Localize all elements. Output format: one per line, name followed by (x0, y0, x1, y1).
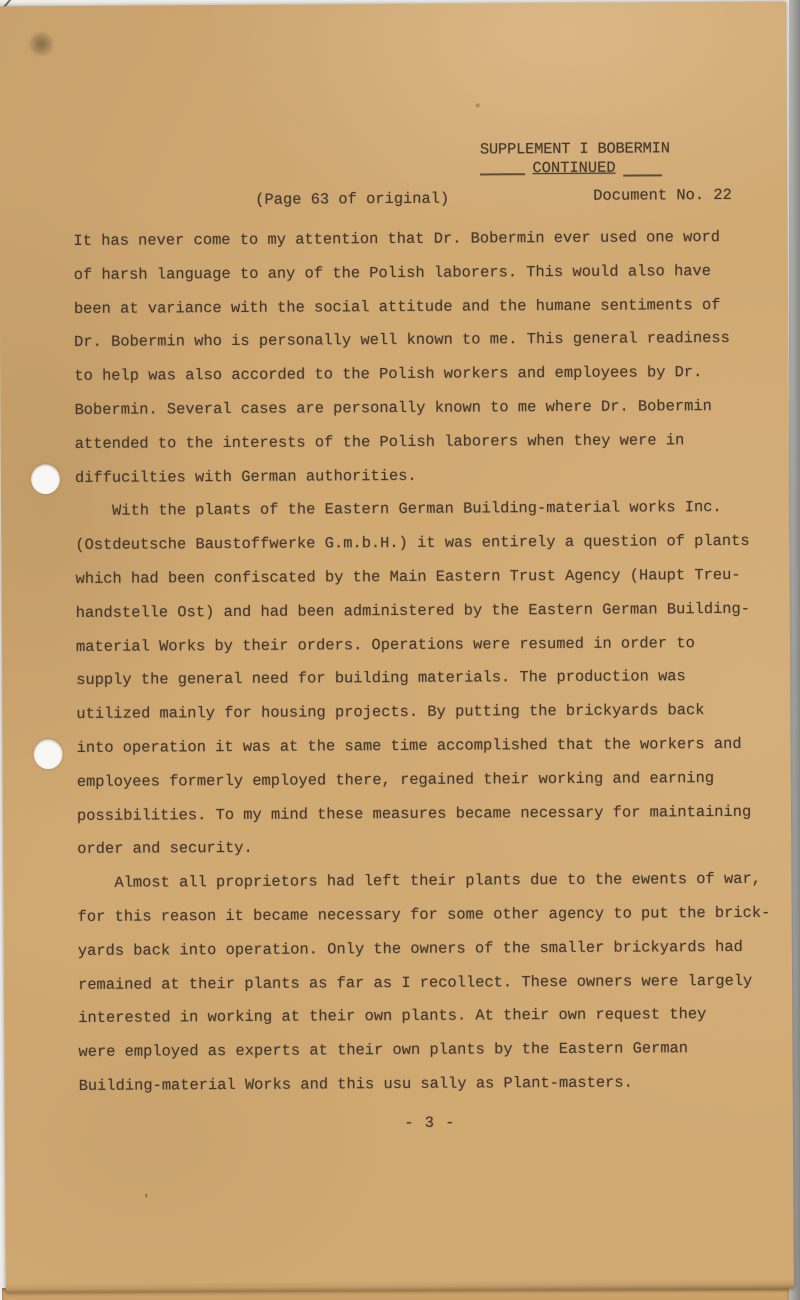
typed-line: were employed as experts at their own pl… (78, 1032, 780, 1070)
typed-line: remained at their plants as far as I rec… (78, 964, 780, 1002)
continued-heading: CONTINUED (525, 159, 622, 178)
paper-speck (476, 103, 480, 107)
typed-line: It has never come to my attention that D… (73, 221, 775, 259)
typed-line: utilized mainly for housing projects. By… (76, 694, 778, 732)
original-page-reference: (Page 63 of original) (255, 190, 449, 209)
typed-line: to help was also accorded to the Polish … (74, 356, 776, 394)
page-number: - 3 - (79, 1104, 781, 1142)
punch-hole-top (31, 464, 60, 494)
underscore-rule (480, 173, 525, 175)
typed-line: order and security. (77, 829, 779, 867)
typed-line: (Ostdeutsche Baustoffwerke G.m.b.H.) it … (75, 525, 777, 563)
typed-line: possibilities. To my mind these measures… (77, 795, 779, 833)
continued-heading-row: CONTINUED (480, 158, 662, 177)
typed-line: into operation it was at the same time a… (77, 728, 779, 766)
typed-body: It has never come to my attention that D… (73, 221, 781, 1143)
typed-line: material Works by their orders. Operatio… (76, 626, 778, 664)
typed-line: diffucilties with German authorities. (75, 457, 777, 495)
typed-line: of harsh language to any of the Polish l… (74, 254, 776, 292)
typed-line: employees formerly employed there, regai… (77, 761, 779, 799)
typed-line: handstelle Ost) and had been administere… (76, 592, 778, 630)
underscore-rule (623, 174, 662, 176)
typed-line: for this reason it became necessary for … (78, 897, 780, 935)
paper-sheet: SUPPLEMENT I BOBERMIN CONTINUED (Page 63… (0, 2, 794, 1294)
ink-smudge (28, 32, 54, 56)
typed-line: attended to the interests of the Polish … (75, 423, 777, 461)
punch-hole-bottom (34, 739, 63, 769)
typed-line: which had been confiscated by the Main E… (75, 559, 777, 597)
typed-line: Bobermin. Several cases are personally k… (74, 390, 776, 428)
typed-line: With the plants of the Eastern German Bu… (75, 491, 777, 529)
document-number: Document No. 22 (593, 186, 732, 205)
typed-line: Almost all proprietors had left their pl… (77, 863, 779, 901)
typed-line: been at variance with the social attitud… (74, 288, 776, 326)
typed-line: interested in working at their own plant… (78, 998, 780, 1036)
typed-line: yards back into operation. Only the owne… (78, 930, 780, 968)
typed-line: supply the general need for building mat… (76, 660, 778, 698)
typed-line: Building-material Works and this usu sal… (79, 1066, 781, 1104)
supplement-heading: SUPPLEMENT I BOBERMIN (480, 139, 670, 158)
typed-line: Dr. Bobermin who is personally well know… (74, 322, 776, 360)
scanned-document-page: SUPPLEMENT I BOBERMIN CONTINUED (Page 63… (0, 0, 800, 1300)
paper-speck (145, 1194, 147, 1198)
